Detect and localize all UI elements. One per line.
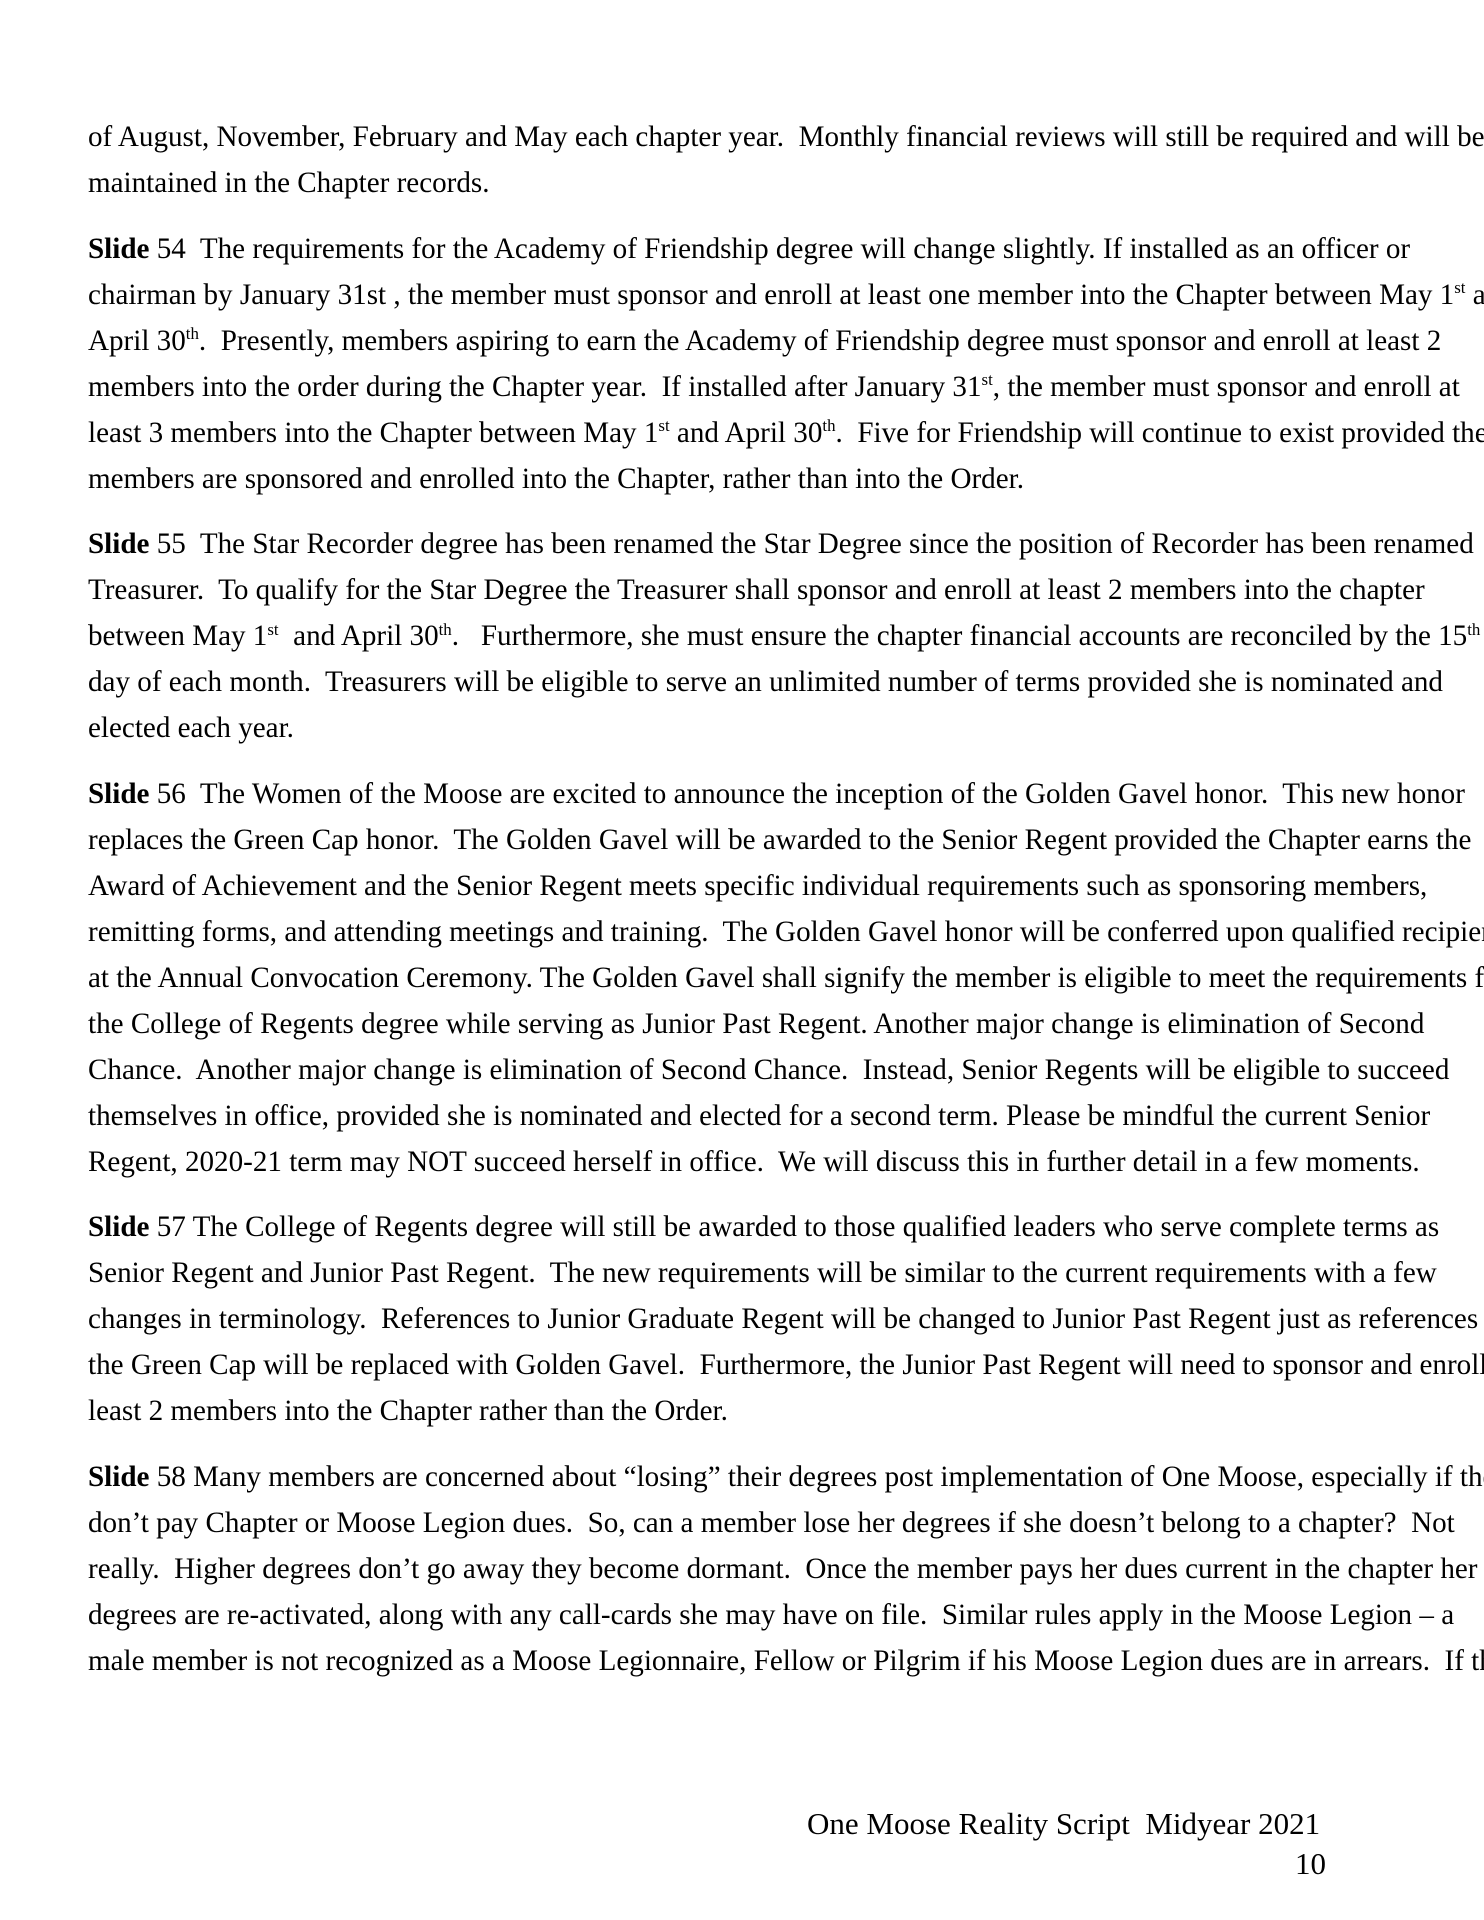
text-run: replaces the Green Cap honor. The Golden…: [88, 824, 1471, 856]
text-line: between May 1st and April 30th. Furtherm…: [88, 613, 1408, 659]
text-line: day of each month. Treasurers will be el…: [88, 659, 1408, 705]
text-line: the Green Cap will be replaced with Gold…: [88, 1342, 1408, 1388]
text-run: 57 The College of Regents degree will st…: [149, 1211, 1439, 1243]
ordinal-suffix: th: [1467, 620, 1480, 639]
text-run: the Green Cap will be replaced with Gold…: [88, 1349, 1484, 1381]
text-run: April 30: [88, 325, 186, 357]
text-run: degrees are re-activated, along with any…: [88, 1599, 1454, 1631]
text-run: members into the order during the Chapte…: [88, 371, 982, 403]
text-run: least 2 members into the Chapter rather …: [88, 1395, 728, 1427]
slide-label: Slide: [88, 233, 149, 265]
body-text: of August, November, February and May ea…: [88, 114, 1408, 1703]
ordinal-suffix: st: [1454, 278, 1465, 297]
paragraph: of August, November, February and May ea…: [88, 114, 1408, 206]
text-line: Slide 58 Many members are concerned abou…: [88, 1454, 1408, 1500]
text-line: Regent, 2020-21 term may NOT succeed her…: [88, 1139, 1408, 1185]
text-run: really. Higher degrees don’t go away the…: [88, 1553, 1478, 1585]
ordinal-suffix: th: [186, 324, 199, 343]
paragraph: Slide 56 The Women of the Moose are exci…: [88, 771, 1408, 1185]
text-run: at the Annual Convocation Ceremony. The …: [88, 962, 1484, 994]
text-line: Treasurer. To qualify for the Star Degre…: [88, 567, 1408, 613]
text-run: and April 30: [279, 620, 439, 652]
text-run: . Presently, members aspiring to earn th…: [199, 325, 1441, 357]
paragraph: Slide 54 The requirements for the Academ…: [88, 226, 1408, 502]
text-line: of August, November, February and May ea…: [88, 114, 1408, 160]
text-run: 54 The requirements for the Academy of F…: [149, 233, 1410, 265]
text-run: male member is not recognized as a Moose…: [88, 1645, 1484, 1677]
text-run: don’t pay Chapter or Moose Legion dues. …: [88, 1507, 1455, 1539]
text-run: Senior Regent and Junior Past Regent. Th…: [88, 1257, 1437, 1289]
paragraph: Slide 57 The College of Regents degree w…: [88, 1204, 1408, 1434]
ordinal-suffix: th: [439, 620, 452, 639]
text-line: chairman by January 31st , the member mu…: [88, 272, 1408, 318]
text-line: maintained in the Chapter records.: [88, 160, 1408, 206]
slide-label: Slide: [88, 1211, 149, 1243]
text-line: Slide 55 The Star Recorder degree has be…: [88, 521, 1408, 567]
slide-label: Slide: [88, 528, 149, 560]
text-line: remitting forms, and attending meetings …: [88, 909, 1408, 955]
text-run: chairman by January 31st , the member mu…: [88, 279, 1454, 311]
ordinal-suffix: st: [982, 370, 993, 389]
text-run: Regent, 2020-21 term may NOT succeed her…: [88, 1146, 1420, 1178]
text-run: remitting forms, and attending meetings …: [88, 916, 1484, 948]
text-run: 55 The Star Recorder degree has been ren…: [149, 528, 1473, 560]
text-run: Award of Achievement and the Senior Rege…: [88, 870, 1427, 902]
text-run: and: [1465, 279, 1484, 311]
text-run: maintained in the Chapter records.: [88, 167, 490, 199]
text-line: Chance. Another major change is eliminat…: [88, 1047, 1408, 1093]
text-line: members into the order during the Chapte…: [88, 364, 1408, 410]
text-run: Treasurer. To qualify for the Star Degre…: [88, 574, 1425, 606]
ordinal-suffix: th: [822, 416, 835, 435]
text-line: Slide 56 The Women of the Moose are exci…: [88, 771, 1408, 817]
text-run: least 3 members into the Chapter between…: [88, 417, 658, 449]
slide-label: Slide: [88, 778, 149, 810]
slide-label: Slide: [88, 1461, 149, 1493]
text-line: Slide 57 The College of Regents degree w…: [88, 1204, 1408, 1250]
text-line: replaces the Green Cap honor. The Golden…: [88, 817, 1408, 863]
text-line: changes in terminology. References to Ju…: [88, 1296, 1408, 1342]
footer-title: One Moose Reality Script Midyear 2021: [807, 1804, 1320, 1844]
text-run: between May 1: [88, 620, 267, 652]
text-line: least 2 members into the Chapter rather …: [88, 1388, 1408, 1434]
ordinal-suffix: st: [267, 620, 278, 639]
text-run: themselves in office, provided she is no…: [88, 1100, 1430, 1132]
text-line: male member is not recognized as a Moose…: [88, 1638, 1408, 1684]
text-line: degrees are re-activated, along with any…: [88, 1592, 1408, 1638]
text-line: really. Higher degrees don’t go away the…: [88, 1546, 1408, 1592]
text-line: themselves in office, provided she is no…: [88, 1093, 1408, 1139]
document-page: of August, November, February and May ea…: [0, 0, 1484, 1920]
text-line: least 3 members into the Chapter between…: [88, 410, 1408, 456]
text-run: members are sponsored and enrolled into …: [88, 463, 1024, 495]
text-run: of August, November, February and May ea…: [88, 121, 1484, 153]
text-run: . Five for Friendship will continue to e…: [836, 417, 1484, 449]
text-run: changes in terminology. References to Ju…: [88, 1303, 1484, 1335]
text-line: Slide 54 The requirements for the Academ…: [88, 226, 1408, 272]
paragraph: Slide 55 The Star Recorder degree has be…: [88, 521, 1408, 751]
text-run: 58 Many members are concerned about “los…: [149, 1461, 1484, 1493]
text-run: the College of Regents degree while serv…: [88, 1008, 1424, 1040]
text-line: Award of Achievement and the Senior Rege…: [88, 863, 1408, 909]
text-run: 56 The Women of the Moose are excited to…: [149, 778, 1464, 810]
text-run: , the member must sponsor and enroll at: [993, 371, 1460, 403]
ordinal-suffix: st: [658, 416, 669, 435]
text-line: the College of Regents degree while serv…: [88, 1001, 1408, 1047]
text-line: elected each year.: [88, 705, 1408, 751]
text-line: at the Annual Convocation Ceremony. The …: [88, 955, 1408, 1001]
text-run: . Furthermore, she must ensure the chapt…: [452, 620, 1467, 652]
text-line: April 30th. Presently, members aspiring …: [88, 318, 1408, 364]
page-footer: One Moose Reality Script Midyear 2021 10: [0, 1764, 1484, 1804]
text-run: elected each year.: [88, 712, 294, 744]
text-line: Senior Regent and Junior Past Regent. Th…: [88, 1250, 1408, 1296]
page-number: 10: [1295, 1844, 1326, 1884]
text-run: day of each month. Treasurers will be el…: [88, 666, 1443, 698]
text-run: Chance. Another major change is eliminat…: [88, 1054, 1449, 1086]
text-line: don’t pay Chapter or Moose Legion dues. …: [88, 1500, 1408, 1546]
text-run: and April 30: [670, 417, 823, 449]
paragraph: Slide 58 Many members are concerned abou…: [88, 1454, 1408, 1684]
text-line: members are sponsored and enrolled into …: [88, 456, 1408, 502]
